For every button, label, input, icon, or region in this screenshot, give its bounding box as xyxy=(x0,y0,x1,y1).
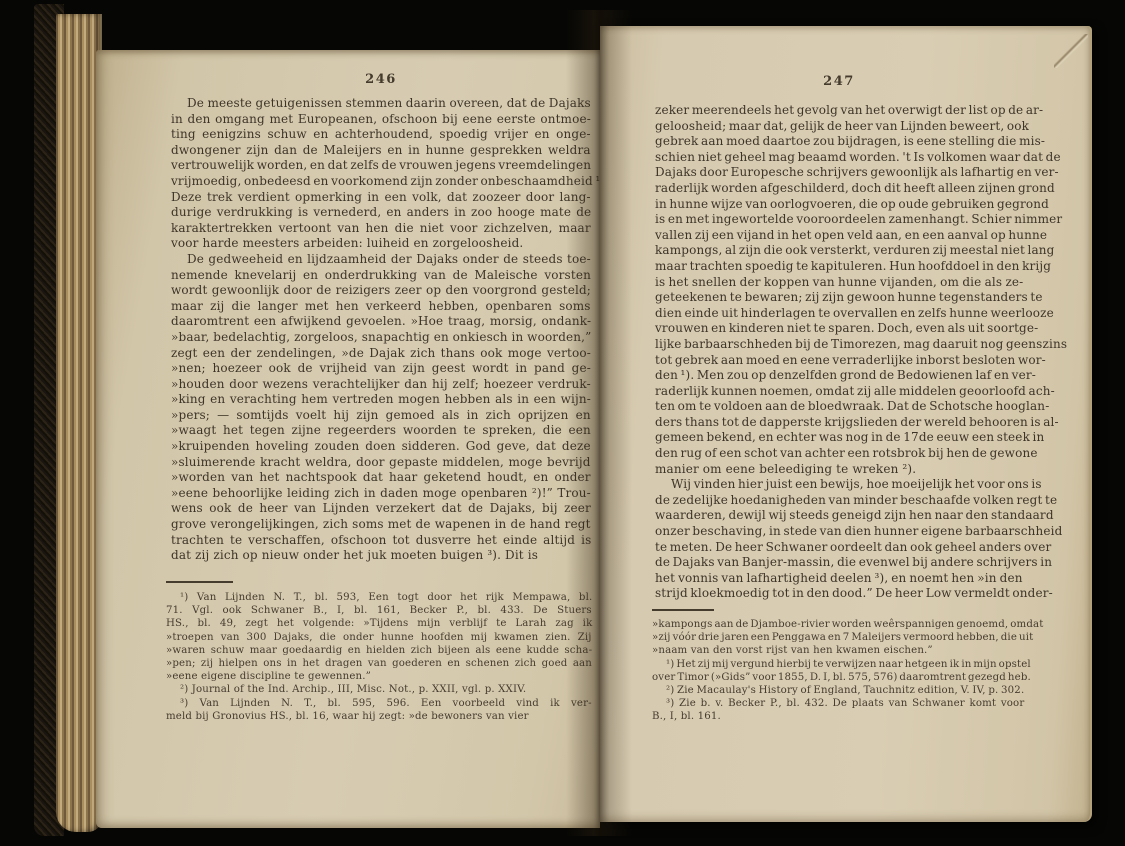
text-line: strijd kloekmoedig tot in den dood.” De … xyxy=(655,586,1023,602)
right-page: 247 zeker meerendeels het gevolg van het… xyxy=(600,26,1092,822)
text-line: 71. Vgl. ook Schwaner B., I, bl. 161, Be… xyxy=(166,604,592,617)
text-line: gebrek aan moed daartoe zou bijdragen, i… xyxy=(655,134,1023,150)
text-line: de Dajaks van Banjer-massin, die evenwel… xyxy=(655,555,1023,571)
text-line: »nen; hoezeer ook de vrijheid van zijn g… xyxy=(171,361,591,377)
text-line: zegt een der zendelingen, »de Dajak zich… xyxy=(171,346,591,362)
text-line: tot gebrek aan moed en eene verraderlijk… xyxy=(655,353,1023,369)
text-line: onzer beschaving, in stede van dien hunn… xyxy=(655,524,1023,540)
text-line: raderlijk kunnen noemen, omdat zij alle … xyxy=(655,384,1023,400)
text-line: »kruipenden hoveling zouden doen siddere… xyxy=(171,439,591,455)
text-line: »houden door wezens verachtelijker dan h… xyxy=(171,377,591,393)
photographed-book-spread: 246 De meeste getuigenissen stemmen daar… xyxy=(0,0,1125,846)
text-line: ders thans tot de dapperste krijgslieden… xyxy=(655,415,1023,431)
left-page: 246 De meeste getuigenissen stemmen daar… xyxy=(96,50,600,828)
text-line: gemeen bekend, en echter was nog in de 1… xyxy=(655,430,1023,446)
text-line: meld bij Gronovius HS., bl. 16, waar hij… xyxy=(166,710,592,723)
text-line: »pen; zij hielpen ons in het dragen van … xyxy=(166,657,592,670)
text-line: wordt gewoonlijk door de reizigers zeer … xyxy=(171,283,591,299)
text-line: »waagt het tegen zijne regeerders woorde… xyxy=(171,423,591,439)
text-line: »pers; — somtijds voelt hij zijn gemoed … xyxy=(171,408,591,424)
footnote-separator-rule xyxy=(166,581,233,583)
text-line: »waren schuw maar goedaardig en hielden … xyxy=(166,644,592,657)
text-line: De meeste getuigenissen stemmen daarin o… xyxy=(171,96,591,112)
page-corner-fold xyxy=(1054,34,1088,68)
text-line: ²) Zie Macaulay's History of England, Ta… xyxy=(652,684,1024,697)
footnote-separator-rule xyxy=(652,609,714,611)
right-page-footnotes: »kampongs aan de Djamboe-rivier worden w… xyxy=(652,618,1024,724)
text-line: »king en verachting hem vertreden mogen … xyxy=(171,392,591,408)
text-line: is het snellen der koppen van hunne vija… xyxy=(655,275,1023,291)
text-line: dwongener zijn dan de Maleijers en in hu… xyxy=(171,143,591,159)
text-line: ¹) Het zij mij vergund hierbij te verwij… xyxy=(652,658,1024,671)
text-line: schien niet geheel mag beaamd worden. 't… xyxy=(655,150,1023,166)
text-line: »zij vóór drie jaren een Penggawa en 7 M… xyxy=(652,631,1024,644)
text-line: maar trachten spoedig te kapituleren. Hu… xyxy=(655,259,1023,275)
text-line: lijke barbaarschheden bij de Timorezen, … xyxy=(655,337,1023,353)
text-line: ting eenigzins schuw en achterhoudend, s… xyxy=(171,127,591,143)
text-line: Wij vinden hier juist een bewijs, hoe mo… xyxy=(655,477,1023,493)
text-line: »kampongs aan de Djamboe-rivier worden w… xyxy=(652,618,1024,631)
text-line: waarderen, dewijl wij steeds geneigd zij… xyxy=(655,508,1023,524)
text-line: »naam van den vorst rijst van hen kwamen… xyxy=(652,644,1024,657)
text-line: den rug of een schot van achter een rots… xyxy=(655,446,1023,462)
text-line: den ¹). Men zou op denzelfden grond de B… xyxy=(655,368,1023,384)
text-line: HS., bl. 49, zegt het volgende: »Tijdens… xyxy=(166,617,592,630)
text-line: zeker meerendeels het gevolg van het ove… xyxy=(655,103,1023,119)
text-line: »worden van het nachtspook dat haar geke… xyxy=(171,470,591,486)
text-line: ten om te voldoen aan de bloedwraak. Dat… xyxy=(655,399,1023,415)
text-line: manier om eene beleediging te wreken ²). xyxy=(655,462,1023,478)
text-line: over Timor (»Gids” voor 1855, D. I, bl. … xyxy=(652,671,1024,684)
left-page-body-text: De meeste getuigenissen stemmen daarin o… xyxy=(171,96,591,564)
text-line: nemende knevelarij en onderdrukking van … xyxy=(171,268,591,284)
text-line: trachten te verschaffen, ofschoon tot du… xyxy=(171,533,591,549)
text-line: »eene eigene discipline te gewennen.” xyxy=(166,670,592,683)
text-line: »troepen van 300 Dajaks, die onder hunne… xyxy=(166,631,592,644)
text-line: »baar, bedelachtig, zorgeloos, snapachti… xyxy=(171,330,591,346)
text-line: raderlijk worden afgeschilderd, doch dit… xyxy=(655,181,1023,197)
text-line: vrijmoedig, onbedeesd en voorkomend zijn… xyxy=(171,174,591,190)
text-line: vrouwen en kinderen niet te sparen. Doch… xyxy=(655,321,1023,337)
text-line: vallen zij een vijand in het open veld a… xyxy=(655,228,1023,244)
text-line: maar zij die langer met hen verkeerd heb… xyxy=(171,299,591,315)
text-line: Deze trek verdient opmerking in een volk… xyxy=(171,190,591,206)
text-line: ³) Zie b. v. Becker P., bl. 432. De plaa… xyxy=(652,697,1024,710)
right-page-body-text: zeker meerendeels het gevolg van het ove… xyxy=(655,103,1023,602)
text-line: geteekenen te bewaren; zij zijn gewoon h… xyxy=(655,290,1023,306)
text-line: B., I, bl. 161. xyxy=(652,710,1024,723)
left-page-footnotes: ¹) Van Lijnden N. T., bl. 593, Een togt … xyxy=(166,591,592,723)
text-line: karaktertrekken vertoont van hen die nie… xyxy=(171,221,591,237)
text-line: grove verongelijkingen, zich soms met de… xyxy=(171,517,591,533)
text-line: ¹) Van Lijnden N. T., bl. 593, Een togt … xyxy=(166,591,592,604)
text-line: ³) Van Lijnden N. T., bl. 595, 596. Een … xyxy=(166,697,592,710)
text-line: de zedelijke hoedanigheden van minder be… xyxy=(655,493,1023,509)
text-line: De gedweeheid en lijdzaamheid der Dajaks… xyxy=(171,252,591,268)
text-line: is en met ingewortelde vooroordeelen zam… xyxy=(655,212,1023,228)
text-line: dat zij zich op nieuw onder het juk moet… xyxy=(171,548,591,564)
text-line: in hunne wijze van oorlogvoeren, die op … xyxy=(655,197,1023,213)
text-line: ²) Journal of the Ind. Archip., III, Mis… xyxy=(166,683,592,696)
text-line: durige verdrukking is vernederd, en ande… xyxy=(171,205,591,221)
text-line: »eene behoorlijke leiding zich in daden … xyxy=(171,486,591,502)
text-line: te meten. De heer Schwaner oordeelt dan … xyxy=(655,540,1023,556)
text-line: kampongs, al zijn die ook versterkt, ver… xyxy=(655,243,1023,259)
text-line: Dajaks door Europesche schrijvers gewoon… xyxy=(655,165,1023,181)
text-line: dien einde uit hinderlagen te overvallen… xyxy=(655,306,1023,322)
page-number-right: 247 xyxy=(655,74,1023,89)
text-line: in den omgang met Europeanen, ofschoon b… xyxy=(171,112,591,128)
text-line: het vonnis van lafhartigheid deelen ³), … xyxy=(655,571,1023,587)
text-line: geloosheid; maar dat, gelijk de heer van… xyxy=(655,119,1023,135)
text-line: vertrouwelijk worden, en dat zelfs de vr… xyxy=(171,158,591,174)
text-line: voor harde meesters arbeiden: luiheid en… xyxy=(171,236,591,252)
page-number-left: 246 xyxy=(171,72,591,87)
text-line: wens ook de heer van Lijnden verzekert d… xyxy=(171,501,591,517)
text-line: »sluimerende kracht weldra, door gepaste… xyxy=(171,455,591,471)
text-line: daaromtrent een afwijkend gevoelen. »Hoe… xyxy=(171,314,591,330)
